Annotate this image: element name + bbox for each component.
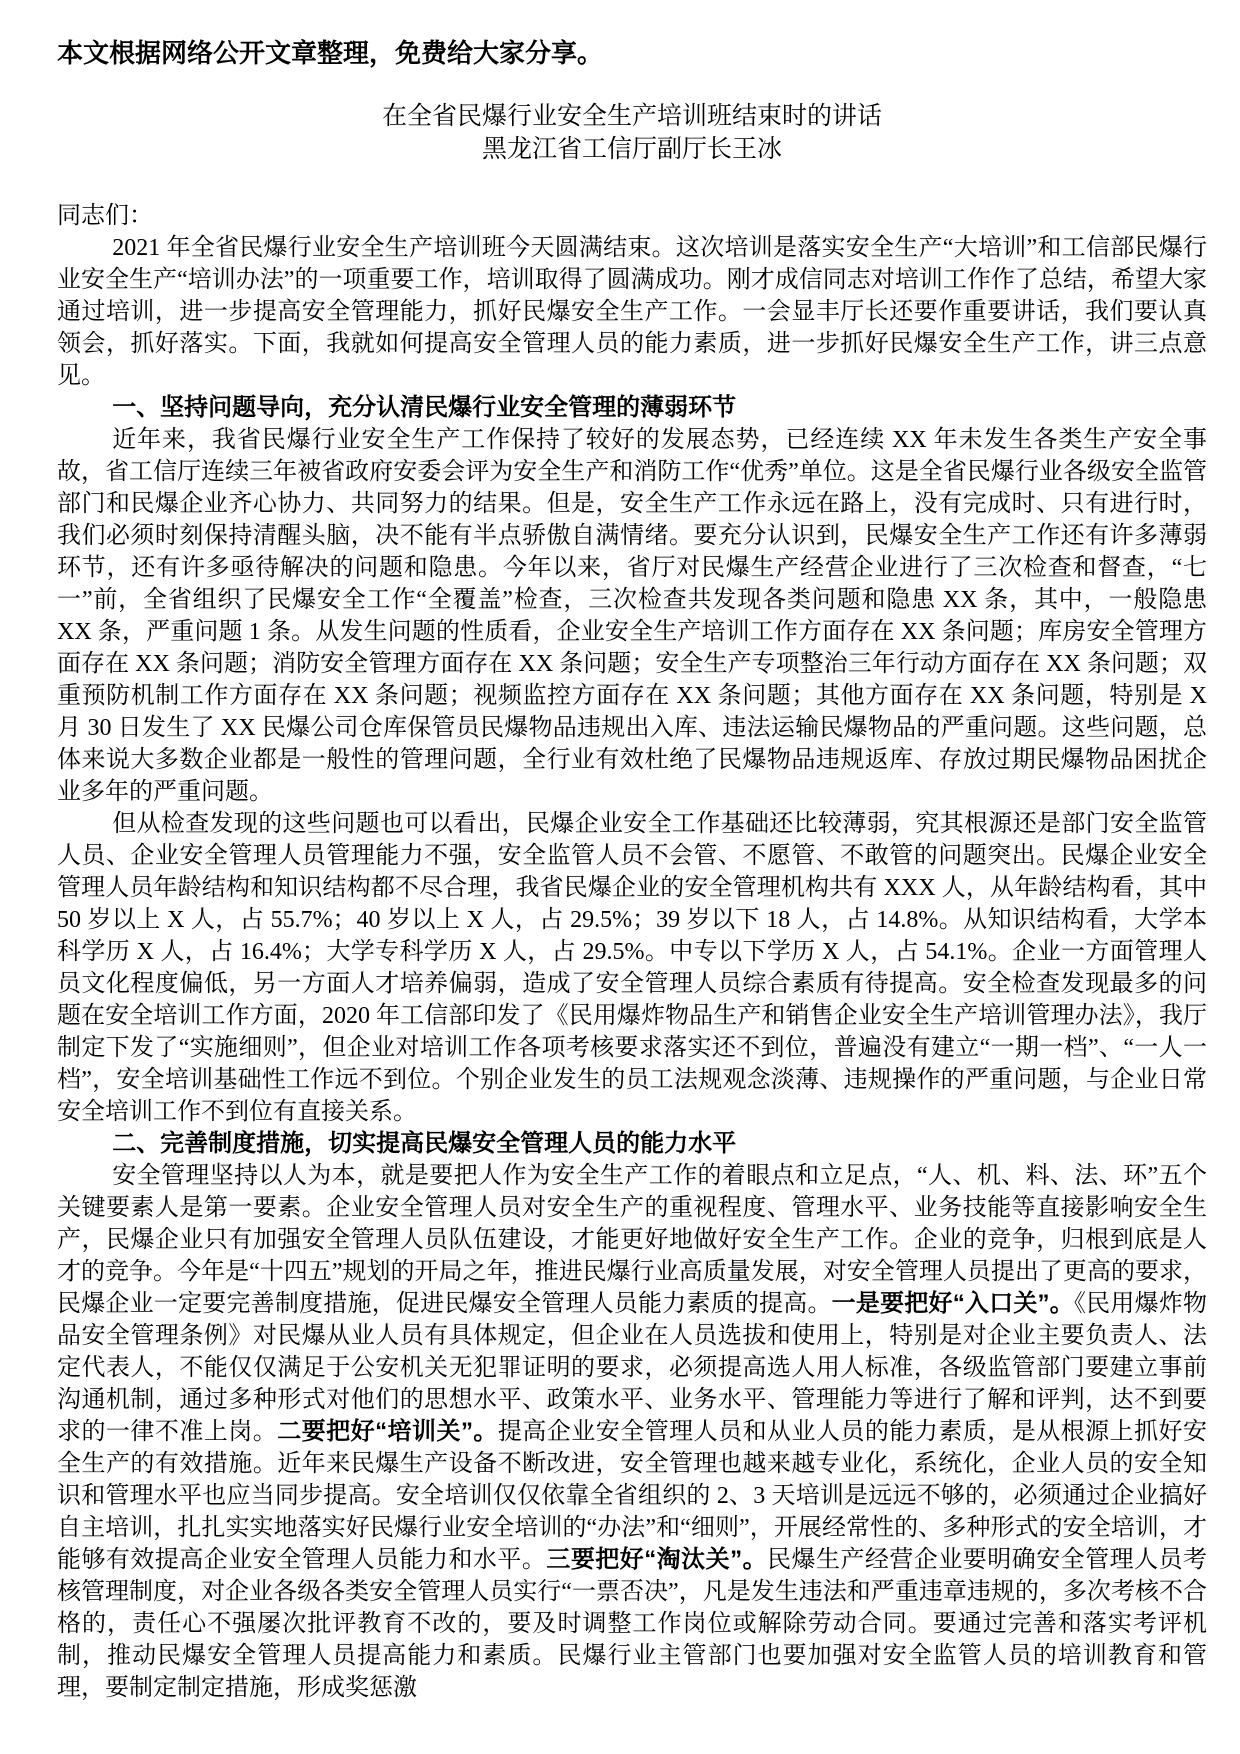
document-content: 本文根据网络公开文章整理，免费给大家分享。 在全省民爆行业安全生产培训班结束时的… [0, 0, 1240, 1704]
document-body: 同志们：2021 年全省民爆行业安全生产培训班今天圆满结束。这次培训是落实安全生… [57, 200, 1207, 1704]
document-subtitle: 黑龙江省工信厅副厅长王冰 [57, 133, 1207, 166]
bold-text-run: 二、完善制度措施，切实提高民爆安全管理人员的能力水平 [112, 1130, 736, 1157]
paragraph: 安全管理坚持以人为本，就是要把人作为安全生产工作的着眼点和立足点，“人、机、料、… [57, 1160, 1207, 1704]
paragraph: 同志们： [57, 200, 1207, 232]
bold-text-run: 一、坚持问题导向，充分认清民爆行业安全管理的薄弱环节 [112, 394, 736, 421]
paragraph: 但从检查发现的这些问题也可以看出，民爆企业安全工作基础还比较薄弱，究其根源还是部… [57, 808, 1207, 1128]
text-run: 近年来，我省民爆行业安全生产工作保持了较好的发展态势，已经连续 XX 年未发生各… [57, 427, 1207, 805]
document-note: 本文根据网络公开文章整理，免费给大家分享。 [57, 38, 1207, 68]
bold-text-run: 二要把好“培训关”。 [277, 1418, 498, 1445]
document-page: 本文根据网络公开文章整理，免费给大家分享。 在全省民爆行业安全生产培训班结束时的… [0, 0, 1240, 1754]
title-block: 在全省民爆行业安全生产培训班结束时的讲话 黑龙江省工信厅副厅长王冰 [57, 100, 1207, 166]
paragraph: 近年来，我省民爆行业安全生产工作保持了较好的发展态势，已经连续 XX 年未发生各… [57, 424, 1207, 808]
text-run: 但从检查发现的这些问题也可以看出，民爆企业安全工作基础还比较薄弱，究其根源还是部… [57, 811, 1207, 1125]
section-heading: 一、坚持问题导向，充分认清民爆行业安全管理的薄弱环节 [57, 392, 1207, 424]
text-run: 同志们： [57, 203, 153, 229]
document-title: 在全省民爆行业安全生产培训班结束时的讲话 [57, 100, 1207, 133]
bold-text-run: 一是要把好“入口关”。 [832, 1290, 1074, 1317]
paragraph: 2021 年全省民爆行业安全生产培训班今天圆满结束。这次培训是落实安全生产“大培… [57, 232, 1207, 392]
bold-text-run: 三要把好“淘汰关”。 [546, 1546, 767, 1573]
text-run: 2021 年全省民爆行业安全生产培训班今天圆满结束。这次培训是落实安全生产“大培… [57, 235, 1207, 389]
section-heading: 二、完善制度措施，切实提高民爆安全管理人员的能力水平 [57, 1128, 1207, 1160]
